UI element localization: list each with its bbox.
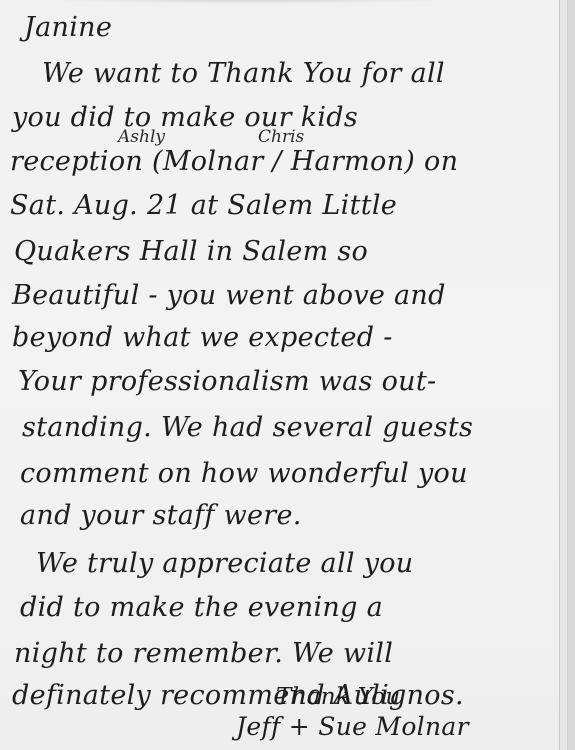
signature: Jeff + Sue Molnar <box>236 712 469 741</box>
note-line-2: you did to make our kids <box>12 102 358 133</box>
annotation-chris: Chris <box>258 127 304 147</box>
note-line-14: night to remember. We will <box>14 638 393 669</box>
salutation: Janine <box>24 12 112 43</box>
note-line-13: did to make the evening a <box>20 592 383 623</box>
note-line-7: beyond what we expected - <box>12 322 393 353</box>
note-line-1: We want to Thank You for all <box>42 58 445 89</box>
annotation-ashly: Ashly <box>118 127 165 147</box>
closing: Thank You <box>276 684 400 710</box>
note-line-10: comment on how wonderful you <box>20 458 468 489</box>
note-line-6: Beautiful - you went above and <box>12 280 446 311</box>
handwritten-note: Janine We want to Thank You for all you … <box>0 0 568 750</box>
scan-shadow <box>40 0 460 4</box>
paper-edge <box>559 0 567 750</box>
note-line-4: Sat. Aug. 21 at Salem Little <box>10 190 397 221</box>
note-line-9: standing. We had several guests <box>22 412 473 443</box>
note-line-3: reception (Molnar / Harmon) on <box>10 146 458 177</box>
note-line-11: and your staff were. <box>20 500 302 531</box>
note-line-8: Your professionalism was out- <box>18 366 436 397</box>
note-line-5: Quakers Hall in Salem so <box>14 236 368 267</box>
note-line-12: We truly appreciate all you <box>36 548 414 579</box>
